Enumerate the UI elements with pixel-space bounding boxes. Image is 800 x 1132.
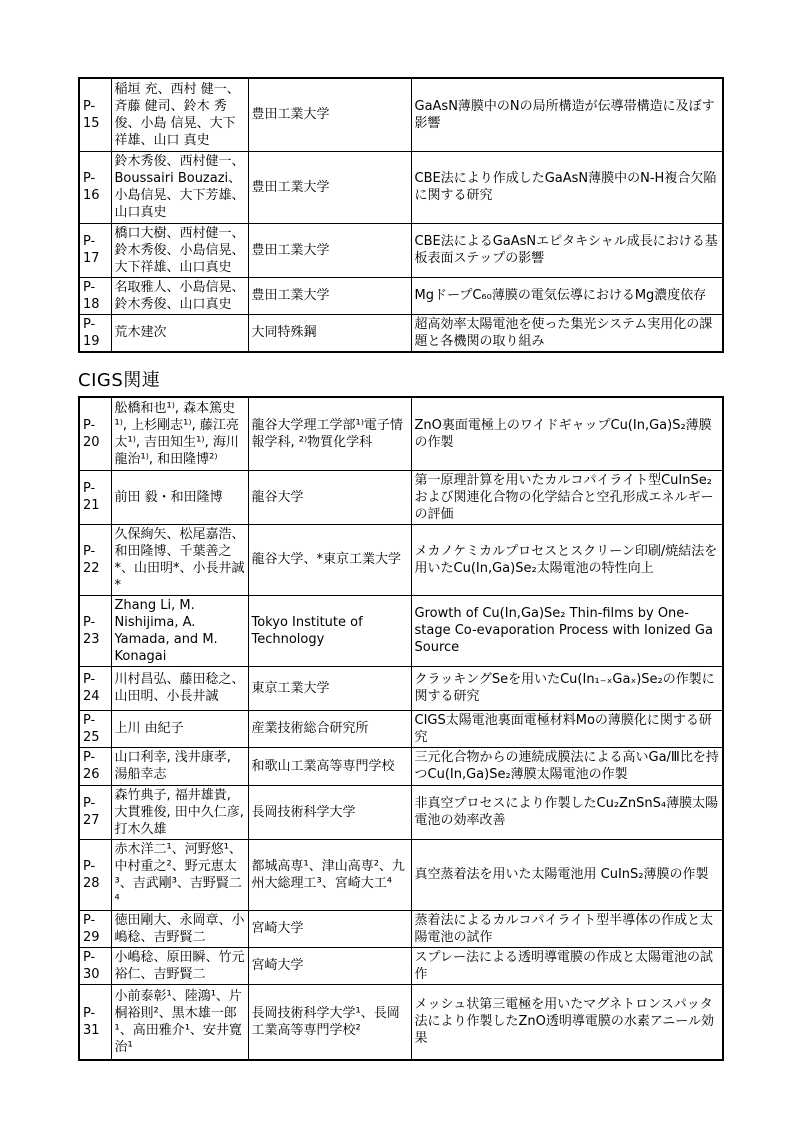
table-row: P-26 山口利幸, 浅井康孝, 湯船幸志 和歌山工業高等専門学校 三元化合物か… xyxy=(79,747,723,785)
table-row: P-27 森竹典子, 福井雄貴, 大貫雅俊, 田中久仁彦, 打木久雄 長岡技術科… xyxy=(79,785,723,839)
poster-table-gaasn-section: P-15 稲垣 充、西村 健一、斉藤 健司、鈴木 秀俊、小島 信晃、大下 祥雄、… xyxy=(78,77,724,353)
authors-cell: 橋口大樹、西村健一、鈴木秀俊、小島信晃、大下祥雄、山口真史 xyxy=(111,223,248,277)
title-cell: CBE法によるGaAsNエピタキシャル成長における基板表面ステップの影響 xyxy=(411,223,723,277)
poster-number-cell: P-15 xyxy=(79,78,111,151)
title-cell: 三元化合物からの連続成膜法による高いGa/Ⅲ比を持つCu(In,Ga)Se₂薄膜… xyxy=(411,747,723,785)
affiliation-cell: 和歌山工業高等専門学校 xyxy=(248,747,411,785)
title-cell: 真空蒸着法を用いた太陽電池用 CuInS₂薄膜の作製 xyxy=(411,839,723,910)
affiliation-cell: 長岡技術科学大学¹、長岡工業高等専門学校² xyxy=(248,984,411,1060)
table-row: P-21 前田 毅・和田隆博 龍谷大学 第一原理計算を用いたカルコパイライト型C… xyxy=(79,470,723,524)
document-body: P-15 稲垣 充、西村 健一、斉藤 健司、鈴木 秀俊、小島 信晃、大下 祥雄、… xyxy=(78,77,722,1061)
affiliation-cell: Tokyo Institute of Technology xyxy=(248,595,411,666)
title-cell: 蒸着法によるカルコパイライト型半導体の作成と太陽電池の試作 xyxy=(411,910,723,947)
affiliation-cell: 産業技術総合研究所 xyxy=(248,710,411,747)
table-row: P-25 上川 由紀子 産業技術総合研究所 CIGS太陽電池裏面電極材料Moの薄… xyxy=(79,710,723,747)
title-cell: メカノケミカルプロセスとスクリーン印刷/焼結法を用いたCu(In,Ga)Se₂太… xyxy=(411,524,723,595)
table-row: P-24 川村昌弘、藤田稔之、山田明、小長井誠 東京工業大学 クラッキングSeを… xyxy=(79,666,723,710)
table-row: P-19 荒木建次 大同特殊鋼 超高効率太陽電池を使った集光システム実用化の課題… xyxy=(79,314,723,352)
affiliation-cell: 都城高専¹、津山高専²、九州大総理工³、宮崎大工⁴ xyxy=(248,839,411,910)
authors-cell: 久保絢矢、松尾嘉浩、和田隆博、千葉善之*、山田明*、小長井誠* xyxy=(111,524,248,595)
poster-number-cell: P-18 xyxy=(79,277,111,314)
affiliation-cell: 大同特殊鋼 xyxy=(248,314,411,352)
authors-cell: 名取雅人、小島信晃、鈴木秀俊、山口真史 xyxy=(111,277,248,314)
authors-cell: 稲垣 充、西村 健一、斉藤 健司、鈴木 秀俊、小島 信晃、大下 祥雄、山口 真史 xyxy=(111,78,248,151)
poster-number-cell: P-23 xyxy=(79,595,111,666)
title-cell: ZnO裏面電極上のワイドギャップCu(In,Ga)S₂薄膜の作製 xyxy=(411,397,723,470)
title-cell: クラッキングSeを用いたCu(In₁₋ₓGaₓ)Se₂の作製に関する研究 xyxy=(411,666,723,710)
authors-cell: 赤木洋二¹、河野悠¹、中村重之²、野元恵太³、吉武剛³、吉野賢二⁴ xyxy=(111,839,248,910)
title-cell: 第一原理計算を用いたカルコパイライト型CuInSe₂および関連化合物の化学結合と… xyxy=(411,470,723,524)
table-row: P-15 稲垣 充、西村 健一、斉藤 健司、鈴木 秀俊、小島 信晃、大下 祥雄、… xyxy=(79,78,723,151)
authors-cell: 山口利幸, 浅井康孝, 湯船幸志 xyxy=(111,747,248,785)
table-row: P-29 徳田剛大、永岡章、小嶋稔、吉野賢二 宮崎大学 蒸着法によるカルコパイラ… xyxy=(79,910,723,947)
page: P-15 稲垣 充、西村 健一、斉藤 健司、鈴木 秀俊、小島 信晃、大下 祥雄、… xyxy=(0,0,800,1132)
authors-cell: 上川 由紀子 xyxy=(111,710,248,747)
title-cell: MgドープC₆₀薄膜の電気伝導におけるMg濃度依存 xyxy=(411,277,723,314)
poster-number-cell: P-24 xyxy=(79,666,111,710)
authors-cell: 森竹典子, 福井雄貴, 大貫雅俊, 田中久仁彦, 打木久雄 xyxy=(111,785,248,839)
poster-number-cell: P-27 xyxy=(79,785,111,839)
affiliation-cell: 長岡技術科学大学 xyxy=(248,785,411,839)
authors-cell: 徳田剛大、永岡章、小嶋稔、吉野賢二 xyxy=(111,910,248,947)
affiliation-cell: 宮崎大学 xyxy=(248,910,411,947)
authors-cell: Zhang Li, M. Nishijima, A. Yamada, and M… xyxy=(111,595,248,666)
poster-number-cell: P-31 xyxy=(79,984,111,1060)
poster-number-cell: P-26 xyxy=(79,747,111,785)
authors-cell: 鈴木秀俊、西村健一、Boussairi Bouzazi、小島信晃、大下芳雄、山口… xyxy=(111,151,248,223)
affiliation-cell: 豊田工業大学 xyxy=(248,277,411,314)
title-cell: GaAsN薄膜中のNの局所構造が伝導帯構造に及ぼす影響 xyxy=(411,78,723,151)
title-cell: メッシュ状第三電極を用いたマグネトロンスパッタ法により作製したZnO透明導電膜の… xyxy=(411,984,723,1060)
title-cell: 非真空プロセスにより作製したCu₂ZnSnS₄薄膜太陽電池の効率改善 xyxy=(411,785,723,839)
poster-table-gaasn-body: P-15 稲垣 充、西村 健一、斉藤 健司、鈴木 秀俊、小島 信晃、大下 祥雄、… xyxy=(79,78,723,352)
table-row: P-18 名取雅人、小島信晃、鈴木秀俊、山口真史 豊田工業大学 MgドープC₆₀… xyxy=(79,277,723,314)
table-row: P-17 橋口大樹、西村健一、鈴木秀俊、小島信晃、大下祥雄、山口真史 豊田工業大… xyxy=(79,223,723,277)
table-row: P-16 鈴木秀俊、西村健一、Boussairi Bouzazi、小島信晃、大下… xyxy=(79,151,723,223)
authors-cell: 川村昌弘、藤田稔之、山田明、小長井誠 xyxy=(111,666,248,710)
poster-number-cell: P-22 xyxy=(79,524,111,595)
authors-cell: 前田 毅・和田隆博 xyxy=(111,470,248,524)
poster-table-cigs-body: P-20 舩橋和也¹⁾, 森本篤史¹⁾, 上杉剛志¹⁾, 藤江亮太¹⁾, 吉田知… xyxy=(79,397,723,1060)
title-cell: CBE法により作成したGaAsN薄膜中のN-H複合欠陥に関する研究 xyxy=(411,151,723,223)
affiliation-cell: 東京工業大学 xyxy=(248,666,411,710)
poster-number-cell: P-30 xyxy=(79,947,111,984)
authors-cell: 小前泰彰¹、陸鴻¹、片桐裕則²、黒木雄一郎¹、高田雅介¹、安井寛治¹ xyxy=(111,984,248,1060)
table-row: P-23 Zhang Li, M. Nishijima, A. Yamada, … xyxy=(79,595,723,666)
poster-number-cell: P-17 xyxy=(79,223,111,277)
title-cell: スプレー法による透明導電膜の作成と太陽電池の試作 xyxy=(411,947,723,984)
poster-number-cell: P-29 xyxy=(79,910,111,947)
poster-number-cell: P-20 xyxy=(79,397,111,470)
poster-number-cell: P-25 xyxy=(79,710,111,747)
affiliation-cell: 豊田工業大学 xyxy=(248,223,411,277)
section-title-cigs: CIGS関連 xyxy=(78,370,722,392)
table-row: P-31 小前泰彰¹、陸鴻¹、片桐裕則²、黒木雄一郎¹、高田雅介¹、安井寛治¹ … xyxy=(79,984,723,1060)
poster-number-cell: P-19 xyxy=(79,314,111,352)
poster-number-cell: P-21 xyxy=(79,470,111,524)
table-row: P-30 小嶋稔、原田瞬、竹元裕仁、吉野賢二 宮崎大学 スプレー法による透明導電… xyxy=(79,947,723,984)
table-row: P-22 久保絢矢、松尾嘉浩、和田隆博、千葉善之*、山田明*、小長井誠* 龍谷大… xyxy=(79,524,723,595)
authors-cell: 舩橋和也¹⁾, 森本篤史¹⁾, 上杉剛志¹⁾, 藤江亮太¹⁾, 吉田知生¹⁾, … xyxy=(111,397,248,470)
title-cell: Growth of Cu(In,Ga)Se₂ Thin-films by One… xyxy=(411,595,723,666)
table-row: P-28 赤木洋二¹、河野悠¹、中村重之²、野元恵太³、吉武剛³、吉野賢二⁴ 都… xyxy=(79,839,723,910)
title-cell: 超高効率太陽電池を使った集光システム実用化の課題と各機関の取り組み xyxy=(411,314,723,352)
affiliation-cell: 龍谷大学 xyxy=(248,470,411,524)
authors-cell: 小嶋稔、原田瞬、竹元裕仁、吉野賢二 xyxy=(111,947,248,984)
poster-number-cell: P-28 xyxy=(79,839,111,910)
authors-cell: 荒木建次 xyxy=(111,314,248,352)
poster-table-cigs-section: P-20 舩橋和也¹⁾, 森本篤史¹⁾, 上杉剛志¹⁾, 藤江亮太¹⁾, 吉田知… xyxy=(78,396,724,1061)
affiliation-cell: 豊田工業大学 xyxy=(248,78,411,151)
affiliation-cell: 豊田工業大学 xyxy=(248,151,411,223)
affiliation-cell: 龍谷大学、*東京工業大学 xyxy=(248,524,411,595)
affiliation-cell: 龍谷大学理工学部¹⁾電子情報学科, ²⁾物質化学科 xyxy=(248,397,411,470)
title-cell: CIGS太陽電池裏面電極材料Moの薄膜化に関する研究 xyxy=(411,710,723,747)
affiliation-cell: 宮崎大学 xyxy=(248,947,411,984)
poster-number-cell: P-16 xyxy=(79,151,111,223)
table-row: P-20 舩橋和也¹⁾, 森本篤史¹⁾, 上杉剛志¹⁾, 藤江亮太¹⁾, 吉田知… xyxy=(79,397,723,470)
